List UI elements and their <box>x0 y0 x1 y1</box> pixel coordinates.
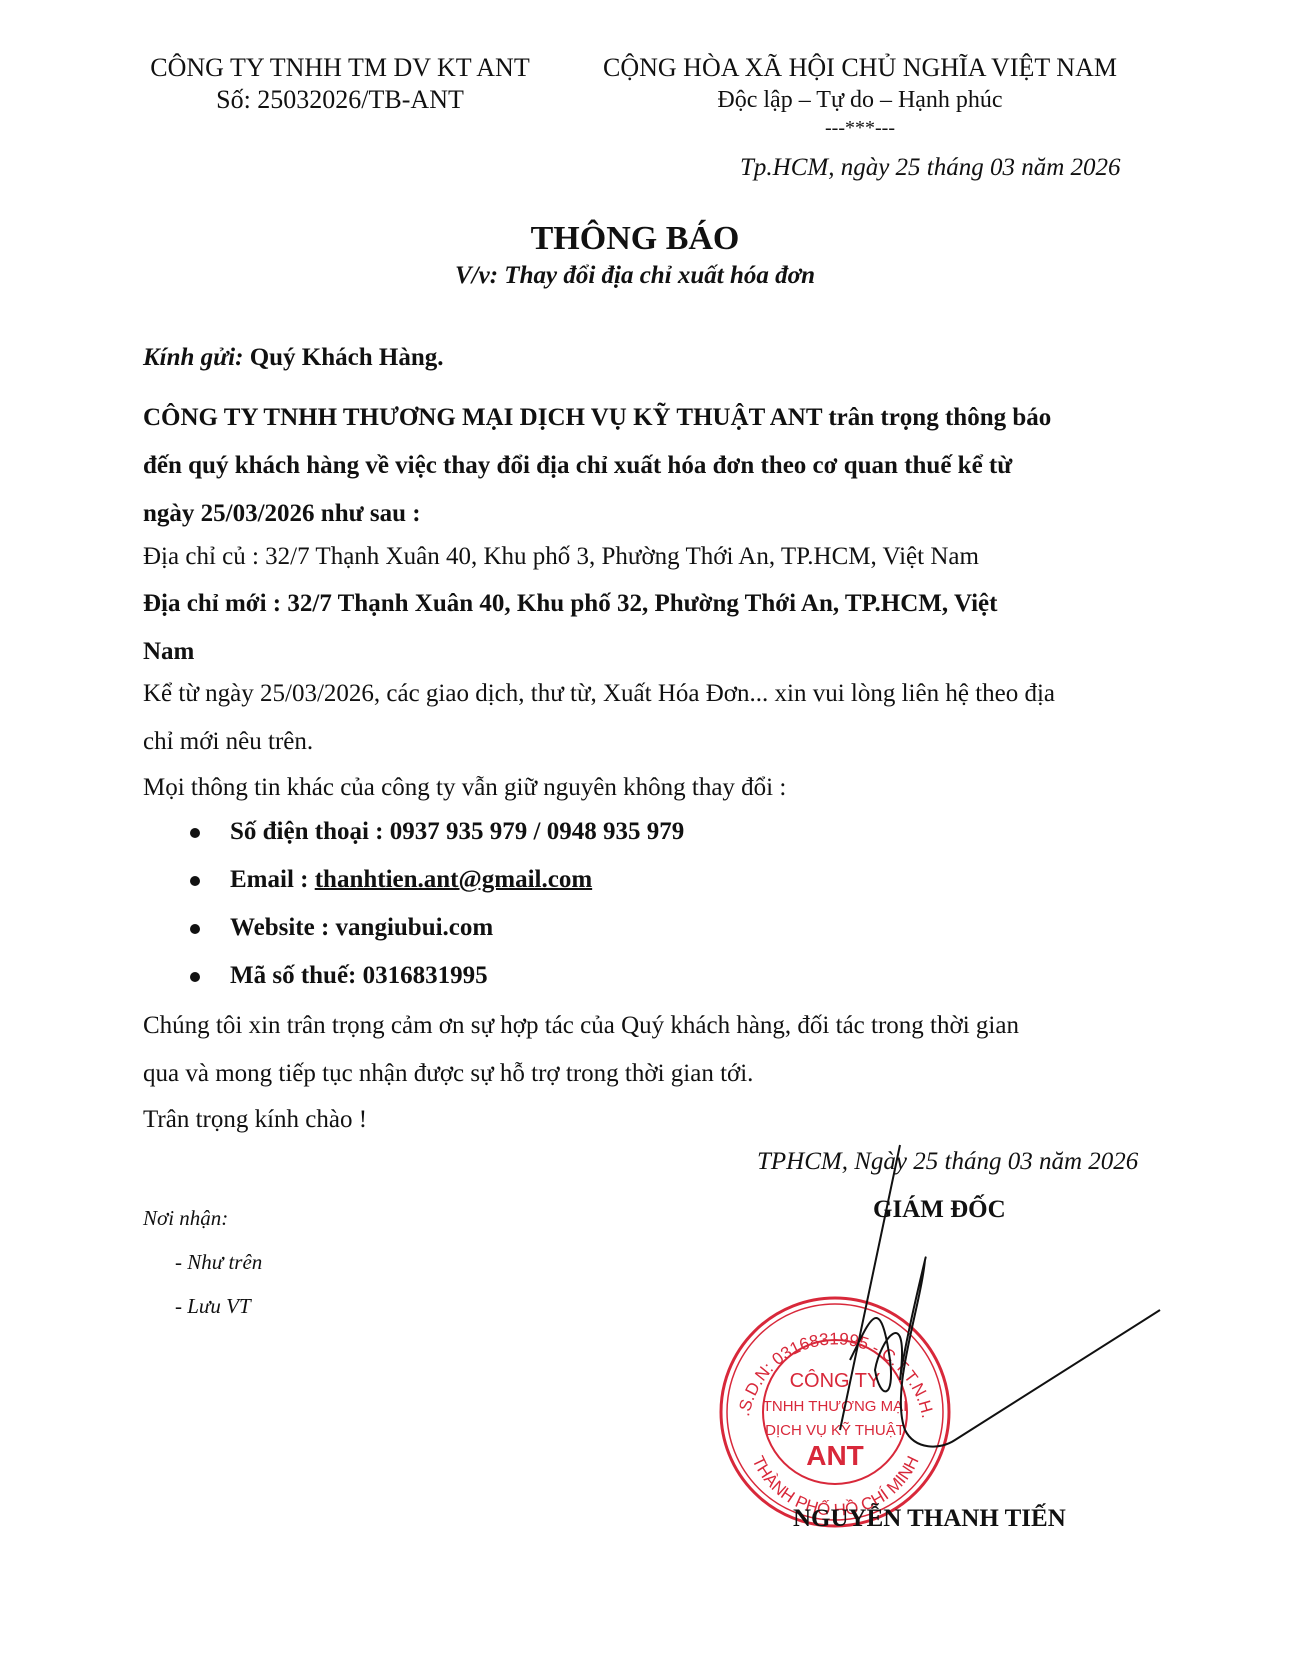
recipients-label: Nơi nhận: <box>143 1196 262 1240</box>
contact-phone: Số điện thoại : 0937 935 979 / 0948 935 … <box>190 818 684 846</box>
bullet-icon <box>190 924 200 934</box>
effective-line-1: Kể từ ngày 25/03/2026, các giao dịch, th… <box>143 670 1193 718</box>
greeting: Kính gửi: Quý Khách Hàng. <box>143 334 1193 382</box>
effective-notice: Kể từ ngày 25/03/2026, các giao dịch, th… <box>143 670 1193 766</box>
company-short-name: CÔNG TY TNHH TM DV KT ANT <box>140 52 540 84</box>
thanks-line-2: qua và mong tiếp tục nhận được sự hỗ trợ… <box>143 1050 1193 1098</box>
website-value: vangiubui.com <box>336 914 494 941</box>
intro-line-3: ngày 25/03/2026 như sau : <box>143 490 1193 538</box>
company-full-name: CÔNG TY TNHH THƯƠNG MẠI DỊCH VỤ KỸ THUẬT… <box>143 404 822 431</box>
phone-label: Số điện thoại : <box>230 818 390 845</box>
recipient-item: - Như trên <box>143 1240 262 1284</box>
signature-scribble <box>780 1140 1180 1470</box>
intro-line-2: đến quý khách hàng về việc thay đổi địa … <box>143 442 1193 490</box>
email-label: Email : <box>230 866 315 893</box>
website-label: Website : <box>230 914 336 941</box>
email-link[interactable]: thanhtien.ant@gmail.com <box>315 866 592 893</box>
header-separator: ---***--- <box>600 116 1120 140</box>
tax-label: Mã số thuế: <box>230 962 363 989</box>
old-address: Địa chỉ củ : 32/7 Thạnh Xuân 40, Khu phố… <box>143 533 1193 581</box>
new-address-line-2: Nam <box>143 628 1193 676</box>
letterhead-right: CỘNG HÒA XÃ HỘI CHỦ NGHĨA VIỆT NAM Độc l… <box>600 52 1120 140</box>
document-subject: V/v: Thay đổi địa chỉ xuất hóa đơn <box>0 262 1270 290</box>
greeting-label: Kính gửi: <box>143 344 243 371</box>
thanks-paragraph: Chúng tôi xin trân trọng cảm ơn sự hợp t… <box>143 1002 1193 1098</box>
effective-line-2: chỉ mới nêu trên. <box>143 718 1193 766</box>
recipients: Nơi nhận: - Như trên - Lưu VT <box>143 1196 262 1328</box>
bullet-icon <box>190 876 200 886</box>
closing: Trân trọng kính chào ! <box>143 1096 1193 1144</box>
contact-tax-code: Mã số thuế: 0316831995 <box>190 962 488 990</box>
nation-title: CỘNG HÒA XÃ HỘI CHỦ NGHĨA VIỆT NAM <box>600 52 1120 84</box>
national-motto: Độc lập – Tự do – Hạnh phúc <box>600 84 1120 116</box>
place-date: Tp.HCM, ngày 25 tháng 03 năm 2026 <box>740 154 1121 182</box>
document-number: Số: 25032026/TB-ANT <box>140 84 540 116</box>
intro-text: trân trọng thông báo <box>828 404 1051 431</box>
intro-line-1: CÔNG TY TNHH THƯƠNG MẠI DỊCH VỤ KỸ THUẬT… <box>143 394 1193 442</box>
contact-email: Email : thanhtien.ant@gmail.com <box>190 866 592 894</box>
signer-name: NGUYỄN THANH TIẾN <box>793 1505 1066 1533</box>
new-address-line-1: Địa chỉ mới : 32/7 Thạnh Xuân 40, Khu ph… <box>143 580 1193 628</box>
bullet-icon <box>190 972 200 982</box>
greeting-value: Quý Khách Hàng. <box>250 344 444 371</box>
unchanged-intro: Mọi thông tin khác của công ty vẫn giữ n… <box>143 764 1193 812</box>
letterhead-left: CÔNG TY TNHH TM DV KT ANT Số: 25032026/T… <box>140 52 540 116</box>
document-title: THÔNG BÁO <box>0 220 1270 258</box>
new-address: Địa chỉ mới : 32/7 Thạnh Xuân 40, Khu ph… <box>143 580 1193 676</box>
recipient-item: - Lưu VT <box>143 1284 262 1328</box>
tax-value: 0316831995 <box>363 962 488 989</box>
contact-website: Website : vangiubui.com <box>190 914 493 942</box>
bullet-icon <box>190 828 200 838</box>
intro-paragraph: CÔNG TY TNHH THƯƠNG MẠI DỊCH VỤ KỸ THUẬT… <box>143 394 1193 538</box>
phone-value: 0937 935 979 / 0948 935 979 <box>390 818 684 845</box>
thanks-line-1: Chúng tôi xin trân trọng cảm ơn sự hợp t… <box>143 1002 1193 1050</box>
